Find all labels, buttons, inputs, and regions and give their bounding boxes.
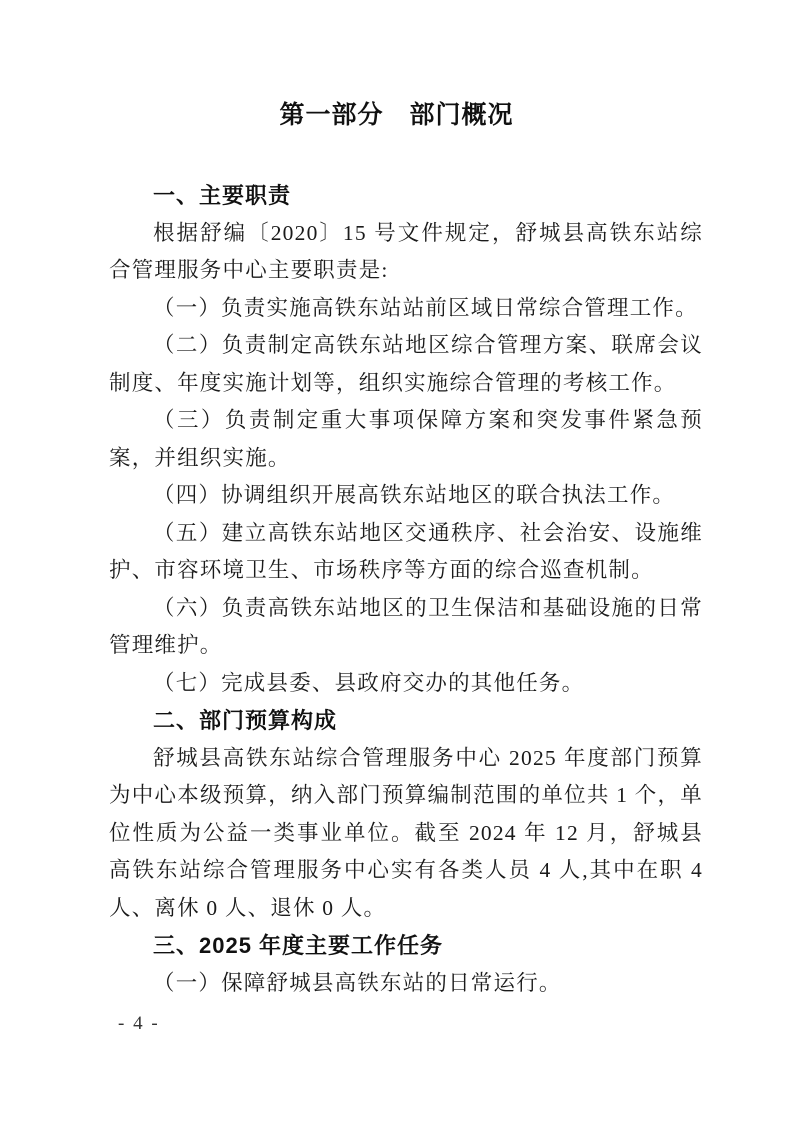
paragraph-duty-6: （六）负责高铁东站地区的卫生保洁和基础设施的日常管理维护。	[109, 590, 703, 665]
section-heading-budget-composition: 二、部门预算构成	[109, 702, 703, 740]
page-number: - 4 -	[118, 1013, 160, 1035]
paragraph-duty-4: （四）协调组织开展高铁东站地区的联合执法工作。	[109, 477, 703, 515]
paragraph-duty-1: （一）负责实施高铁东站站前区域日常综合管理工作。	[109, 290, 703, 328]
paragraph-duties-intro: 根据舒编〔2020〕15 号文件规定，舒城县高铁东站综合管理服务中心主要职责是:	[109, 215, 703, 290]
section-heading-2025-tasks: 三、2025 年度主要工作任务	[109, 927, 703, 965]
paragraph-duty-5: （五）建立高铁东站地区交通秩序、社会治安、设施维护、市容环境卫生、市场秩序等方面…	[109, 515, 703, 590]
page-title: 第一部分 部门概况	[0, 99, 793, 131]
paragraph-budget-composition: 舒城县高铁东站综合管理服务中心 2025 年度部门预算为中心本级预算，纳入部门预…	[109, 740, 703, 928]
paragraph-duty-7: （七）完成县委、县政府交办的其他任务。	[109, 665, 703, 703]
paragraph-duty-3: （三）负责制定重大事项保障方案和突发事件紧急预案，并组织实施。	[109, 402, 703, 477]
paragraph-task-1: （一）保障舒城县高铁东站的日常运行。	[109, 965, 703, 1003]
section-heading-main-duties: 一、主要职责	[109, 177, 703, 215]
document-page: 第一部分 部门概况 一、主要职责 根据舒编〔2020〕15 号文件规定，舒城县高…	[0, 0, 793, 1122]
document-body: 一、主要职责 根据舒编〔2020〕15 号文件规定，舒城县高铁东站综合管理服务中…	[109, 177, 703, 1002]
paragraph-duty-2: （二）负责制定高铁东站地区综合管理方案、联席会议制度、年度实施计划等，组织实施综…	[109, 327, 703, 402]
